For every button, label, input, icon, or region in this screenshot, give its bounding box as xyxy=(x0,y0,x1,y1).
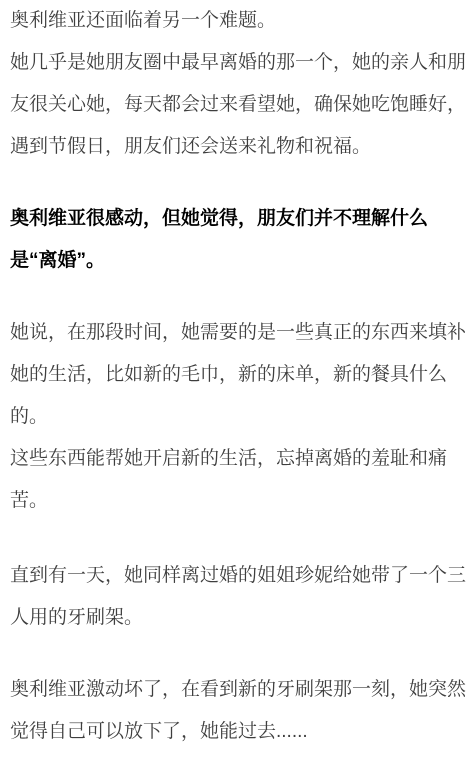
paragraph-6: 直到有一天，她同样离过婚的姐姐珍妮给她带了一个三人用的牙刷架。 xyxy=(10,555,466,639)
article-body: 奥利维亚还面临着另一个难题。 她几乎是她朋友圈中最早离婚的那一个，她的亲人和朋友… xyxy=(0,0,474,769)
paragraph-1: 奥利维亚还面临着另一个难题。 xyxy=(10,0,466,42)
paragraph-2: 她几乎是她朋友圈中最早离婚的那一个，她的亲人和朋友很关心她，每天都会过来看望她，… xyxy=(10,42,466,168)
emphasis-paragraph: 奥利维亚很感动，但她觉得，朋友们并不理解什么是“离婚”。 xyxy=(10,198,466,282)
paragraph-7: 奥利维亚激动坏了，在看到新的牙刷架那一刻，她突然觉得自己可以放下了，她能过去..… xyxy=(10,669,466,753)
paragraph-5: 这些东西能帮她开启新的生活，忘掉离婚的羞耻和痛苦。 xyxy=(10,438,466,522)
paragraph-4: 她说，在那段时间，她需要的是一些真正的东西来填补她的生活，比如新的毛巾，新的床单… xyxy=(10,312,466,438)
